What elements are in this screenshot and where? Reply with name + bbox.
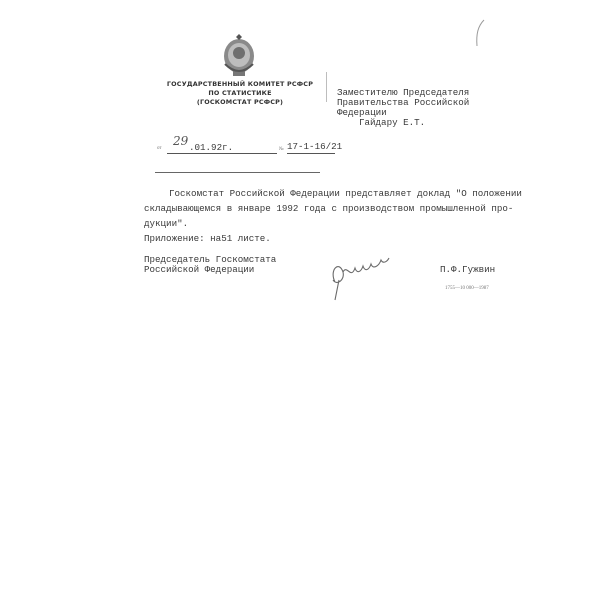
org-line-1: ГОСУДАРСТВЕННЫЙ КОМИТЕТ РСФСР <box>150 80 330 89</box>
number-field: 17-1-16/21 <box>287 140 335 154</box>
print-code: 1755—10 000—1987 <box>445 286 489 291</box>
reference-line: от 29 .01.92г. № 17-1-16/21 <box>157 140 357 154</box>
handwritten-mark-icon <box>470 18 490 48</box>
date-handwritten: 29 <box>173 134 188 148</box>
letter-body: Госкомстат Российской Федерации представ… <box>144 186 524 231</box>
body-line-2: складывающемся в январе 1992 года с прои… <box>144 201 524 216</box>
header-divider <box>326 72 327 102</box>
handwritten-signature-icon <box>325 250 395 305</box>
coat-of-arms-icon <box>219 34 259 80</box>
addressee-block: Заместителю Председателя Правительства Р… <box>337 88 469 128</box>
signatory-title: Председатель Госкомстата Российской Феде… <box>144 255 276 275</box>
body-line-1: Госкомстат Российской Федерации представ… <box>144 186 524 201</box>
attachment-note: Приложение: на51 листе. <box>144 234 271 244</box>
body-line-3: дукции". <box>144 216 524 231</box>
reference-number: 17-1-16/21 <box>287 142 342 152</box>
org-line-2: ПО СТАТИСТИКЕ <box>150 89 330 98</box>
signatory-title-line-2: Российской Федерации <box>144 265 276 275</box>
reference-rule <box>155 172 320 173</box>
organization-name: ГОСУДАРСТВЕННЫЙ КОМИТЕТ РСФСР ПО СТАТИСТ… <box>150 80 330 107</box>
date-prefix: от <box>157 146 162 151</box>
date-field: 29 .01.92г. <box>167 140 277 154</box>
signatory-name: П.Ф.Гужвин <box>440 265 495 275</box>
org-line-3: (ГОСКОМСТАТ РСФСР) <box>150 98 330 107</box>
number-prefix: № <box>279 147 284 152</box>
addressee-line-4: Гайдару Е.Т. <box>337 118 469 128</box>
date-typed: .01.92г. <box>189 143 233 153</box>
